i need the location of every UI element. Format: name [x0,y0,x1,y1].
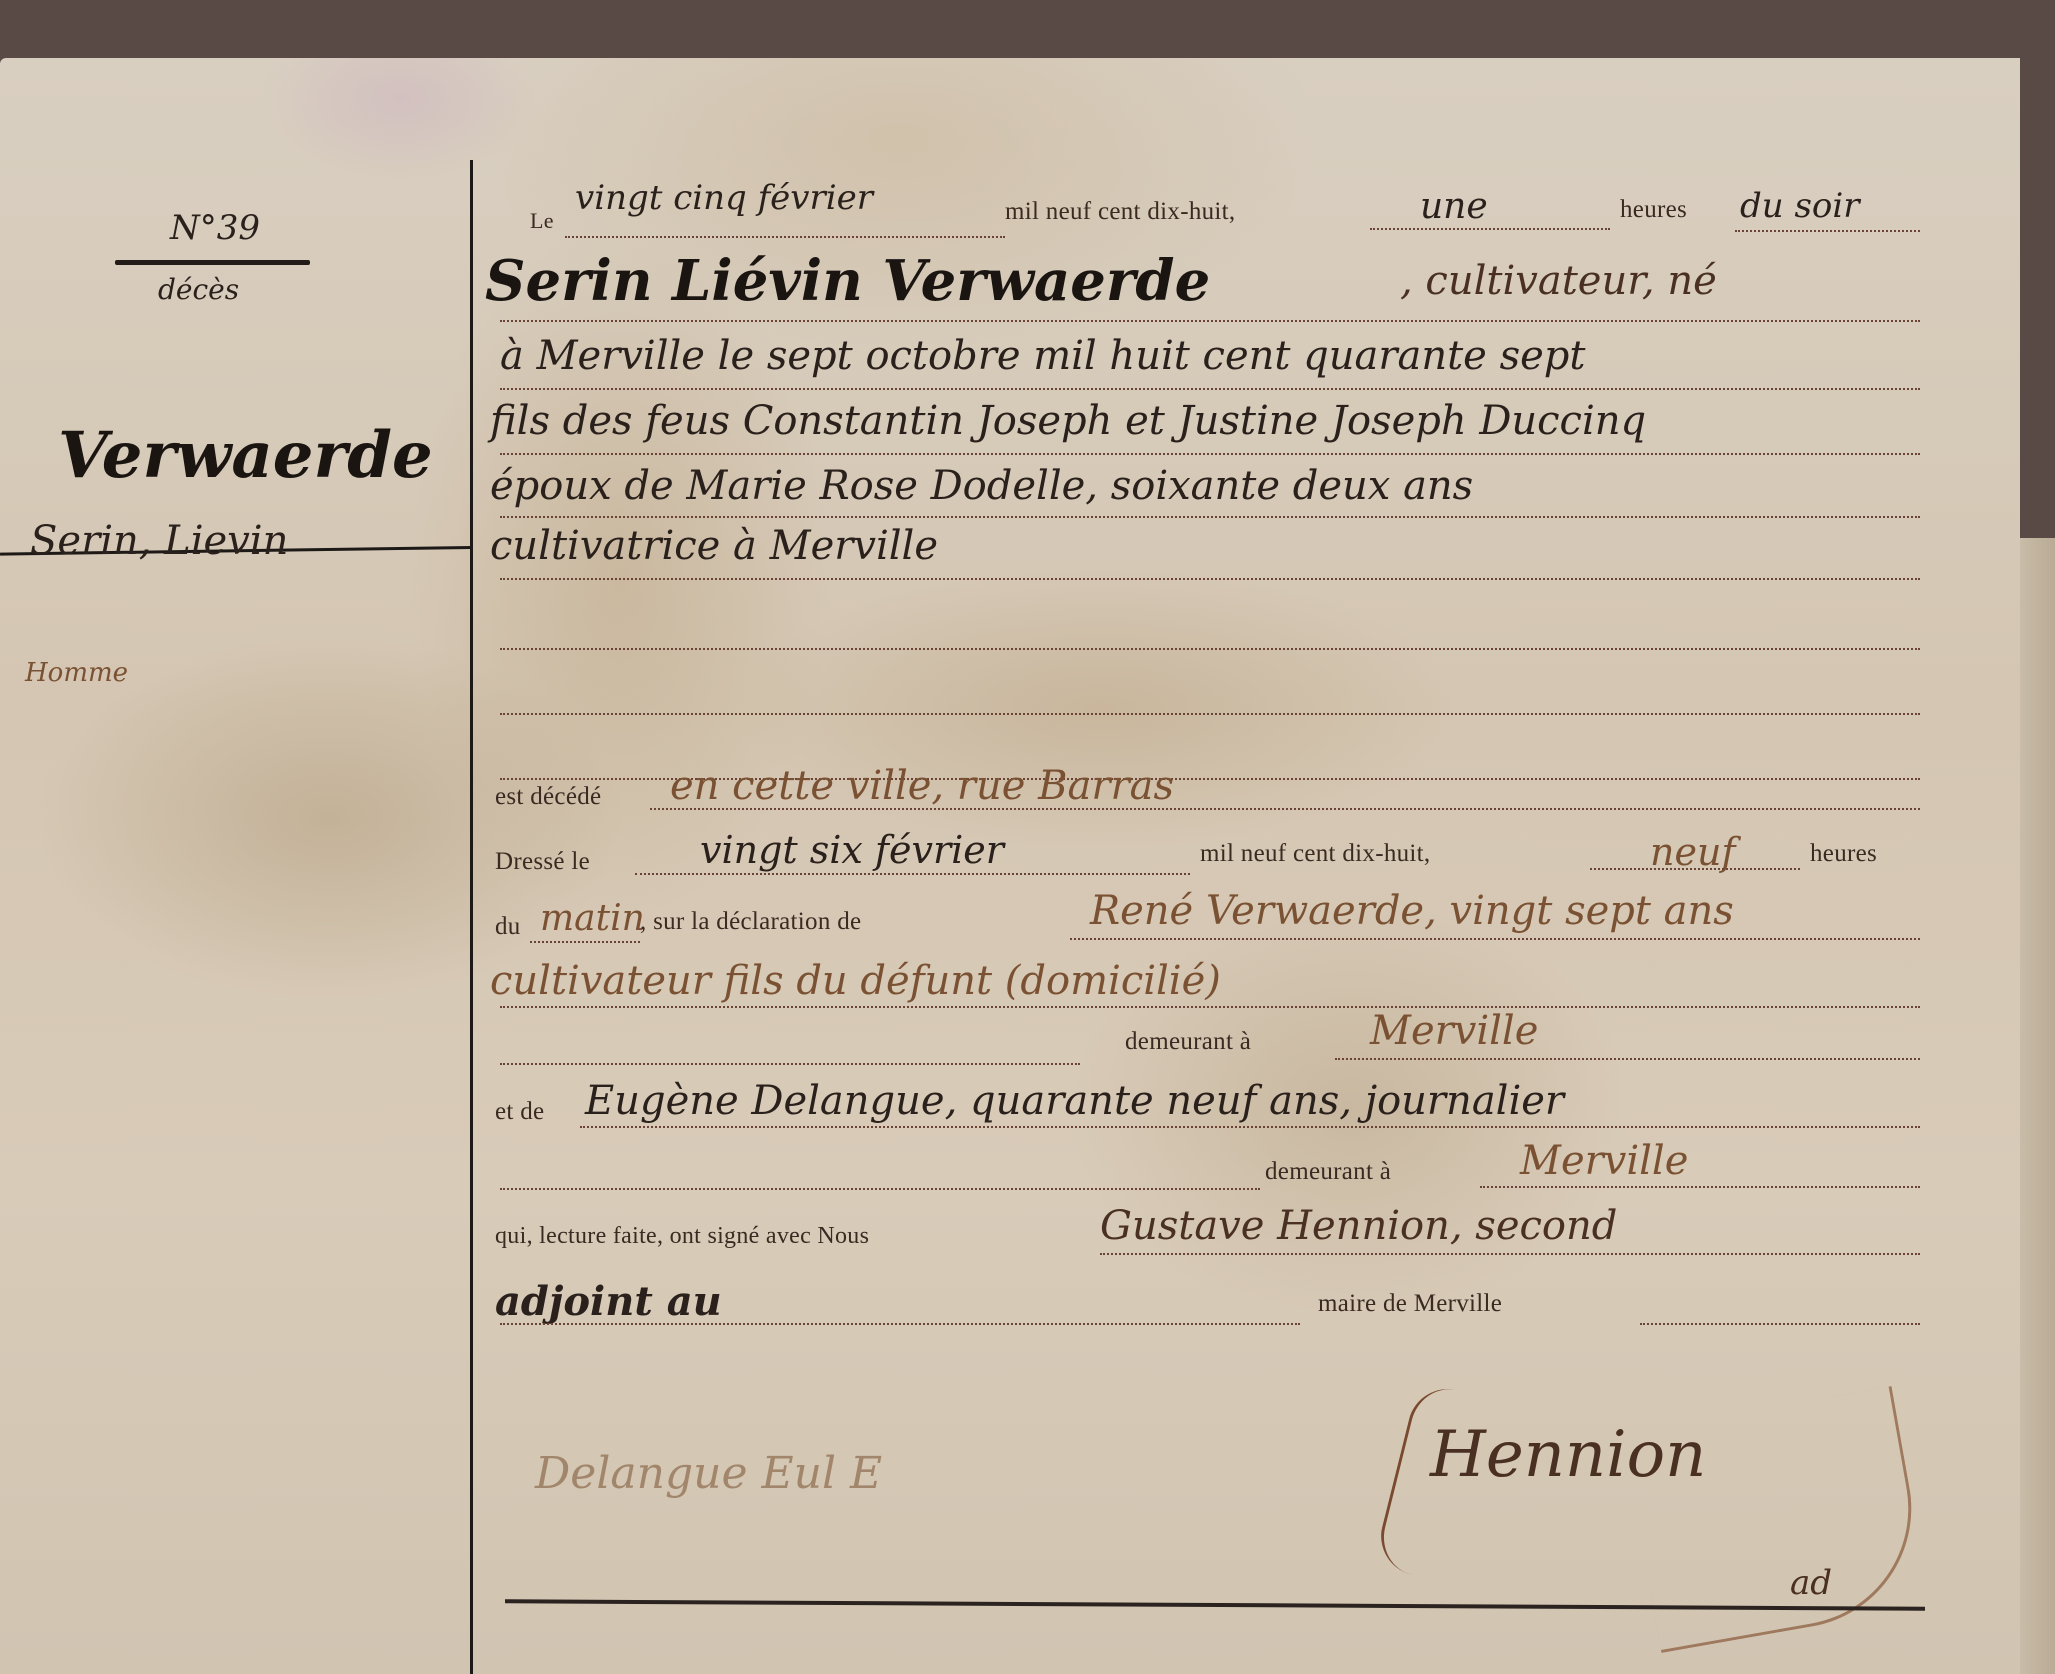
printed-signed: qui, lecture faite, ont signé avec Nous [495,1223,869,1250]
rule [500,516,1920,518]
witness-signature: Delangue Eul E [535,1448,882,1499]
rule [500,648,1920,650]
rule [500,1323,1300,1325]
printed-demeurant-1: demeurant à [1125,1028,1251,1056]
deceased-given-names: Serin, Lievin [30,518,288,564]
rule [650,808,1920,810]
deceased-sex: Homme [25,658,128,688]
spouse-and-age: époux de Marie Rose Dodelle, soixante de… [490,463,1473,509]
printed-year-2: mil neuf cent dix-huit, [1200,840,1430,868]
act-number-underline [115,260,310,265]
rule [500,578,1920,580]
margin-divider [470,160,473,1674]
record-date: vingt six février [700,828,1004,872]
deceased-occupation: , cultivateur, né [1400,258,1717,304]
rule [1335,1058,1920,1060]
act-number: N°39 [170,208,260,248]
witness-residence: Merville [1520,1138,1688,1184]
printed-du: du [495,913,521,941]
rule [1100,1253,1920,1255]
rule [500,388,1920,390]
rule [580,1126,1920,1128]
birth-details: à Merville le sept octobre mil huit cent… [500,333,1585,379]
rule [1590,868,1800,870]
death-date: vingt cinq février [575,178,873,218]
declarant-details: cultivateur fils du défunt (domicilié) [490,958,1221,1004]
printed-le: Le [530,208,554,234]
printed-year: mil neuf cent dix-huit, [1005,198,1235,226]
rule [635,873,1190,875]
declarant-residence: Merville [1370,1008,1538,1054]
rule [500,320,1920,322]
rule [1480,1186,1920,1188]
printed-demeurant-2: demeurant à [1265,1158,1391,1186]
rule [565,236,1005,238]
printed-declaration: , sur la déclaration de [640,908,861,936]
act-type: décès [158,273,239,306]
printed-dresse-le: Dressé le [495,848,590,876]
rule [500,1006,1920,1008]
deceased-surname: Verwaerde [58,418,433,493]
rule [1640,1323,1920,1325]
printed-maire: maire de Merville [1318,1290,1502,1318]
rule [500,713,1920,715]
rule [530,941,640,943]
rule [500,1063,1080,1065]
rule [500,453,1920,455]
officer-signature-suffix: ad [1790,1563,1832,1603]
spouse-occupation: cultivatrice à Merville [490,523,938,569]
register-page: N°39 décès Verwaerde Serin, Lievin Homme… [0,58,2020,1674]
witness-name: Eugène Delangue, quarante neuf ans, jour… [585,1078,1564,1124]
death-hour: une [1420,186,1488,227]
record-period: matin [540,898,645,939]
printed-et-de: et de [495,1098,544,1126]
death-period: du soir [1740,186,1860,226]
officer-name: Gustave Hennion, second [1100,1203,1617,1249]
death-place: en cette ville, rue Barras [670,763,1174,809]
printed-heures-2: heures [1810,840,1877,868]
printed-heures: heures [1620,196,1687,224]
rule [1370,228,1610,230]
parents: fils des feus Constantin Joseph et Justi… [490,398,1646,444]
declarant: René Verwaerde, vingt sept ans [1090,888,1734,934]
signature-flourish [1623,1386,1931,1653]
rule [1070,938,1920,940]
printed-est-decede: est décédé [495,783,601,811]
rule [1735,230,1920,232]
rule [500,1188,1260,1190]
officer-title: adjoint au [495,1278,722,1325]
deceased-full-name: Serin Liévin Verwaerde [485,248,1210,314]
